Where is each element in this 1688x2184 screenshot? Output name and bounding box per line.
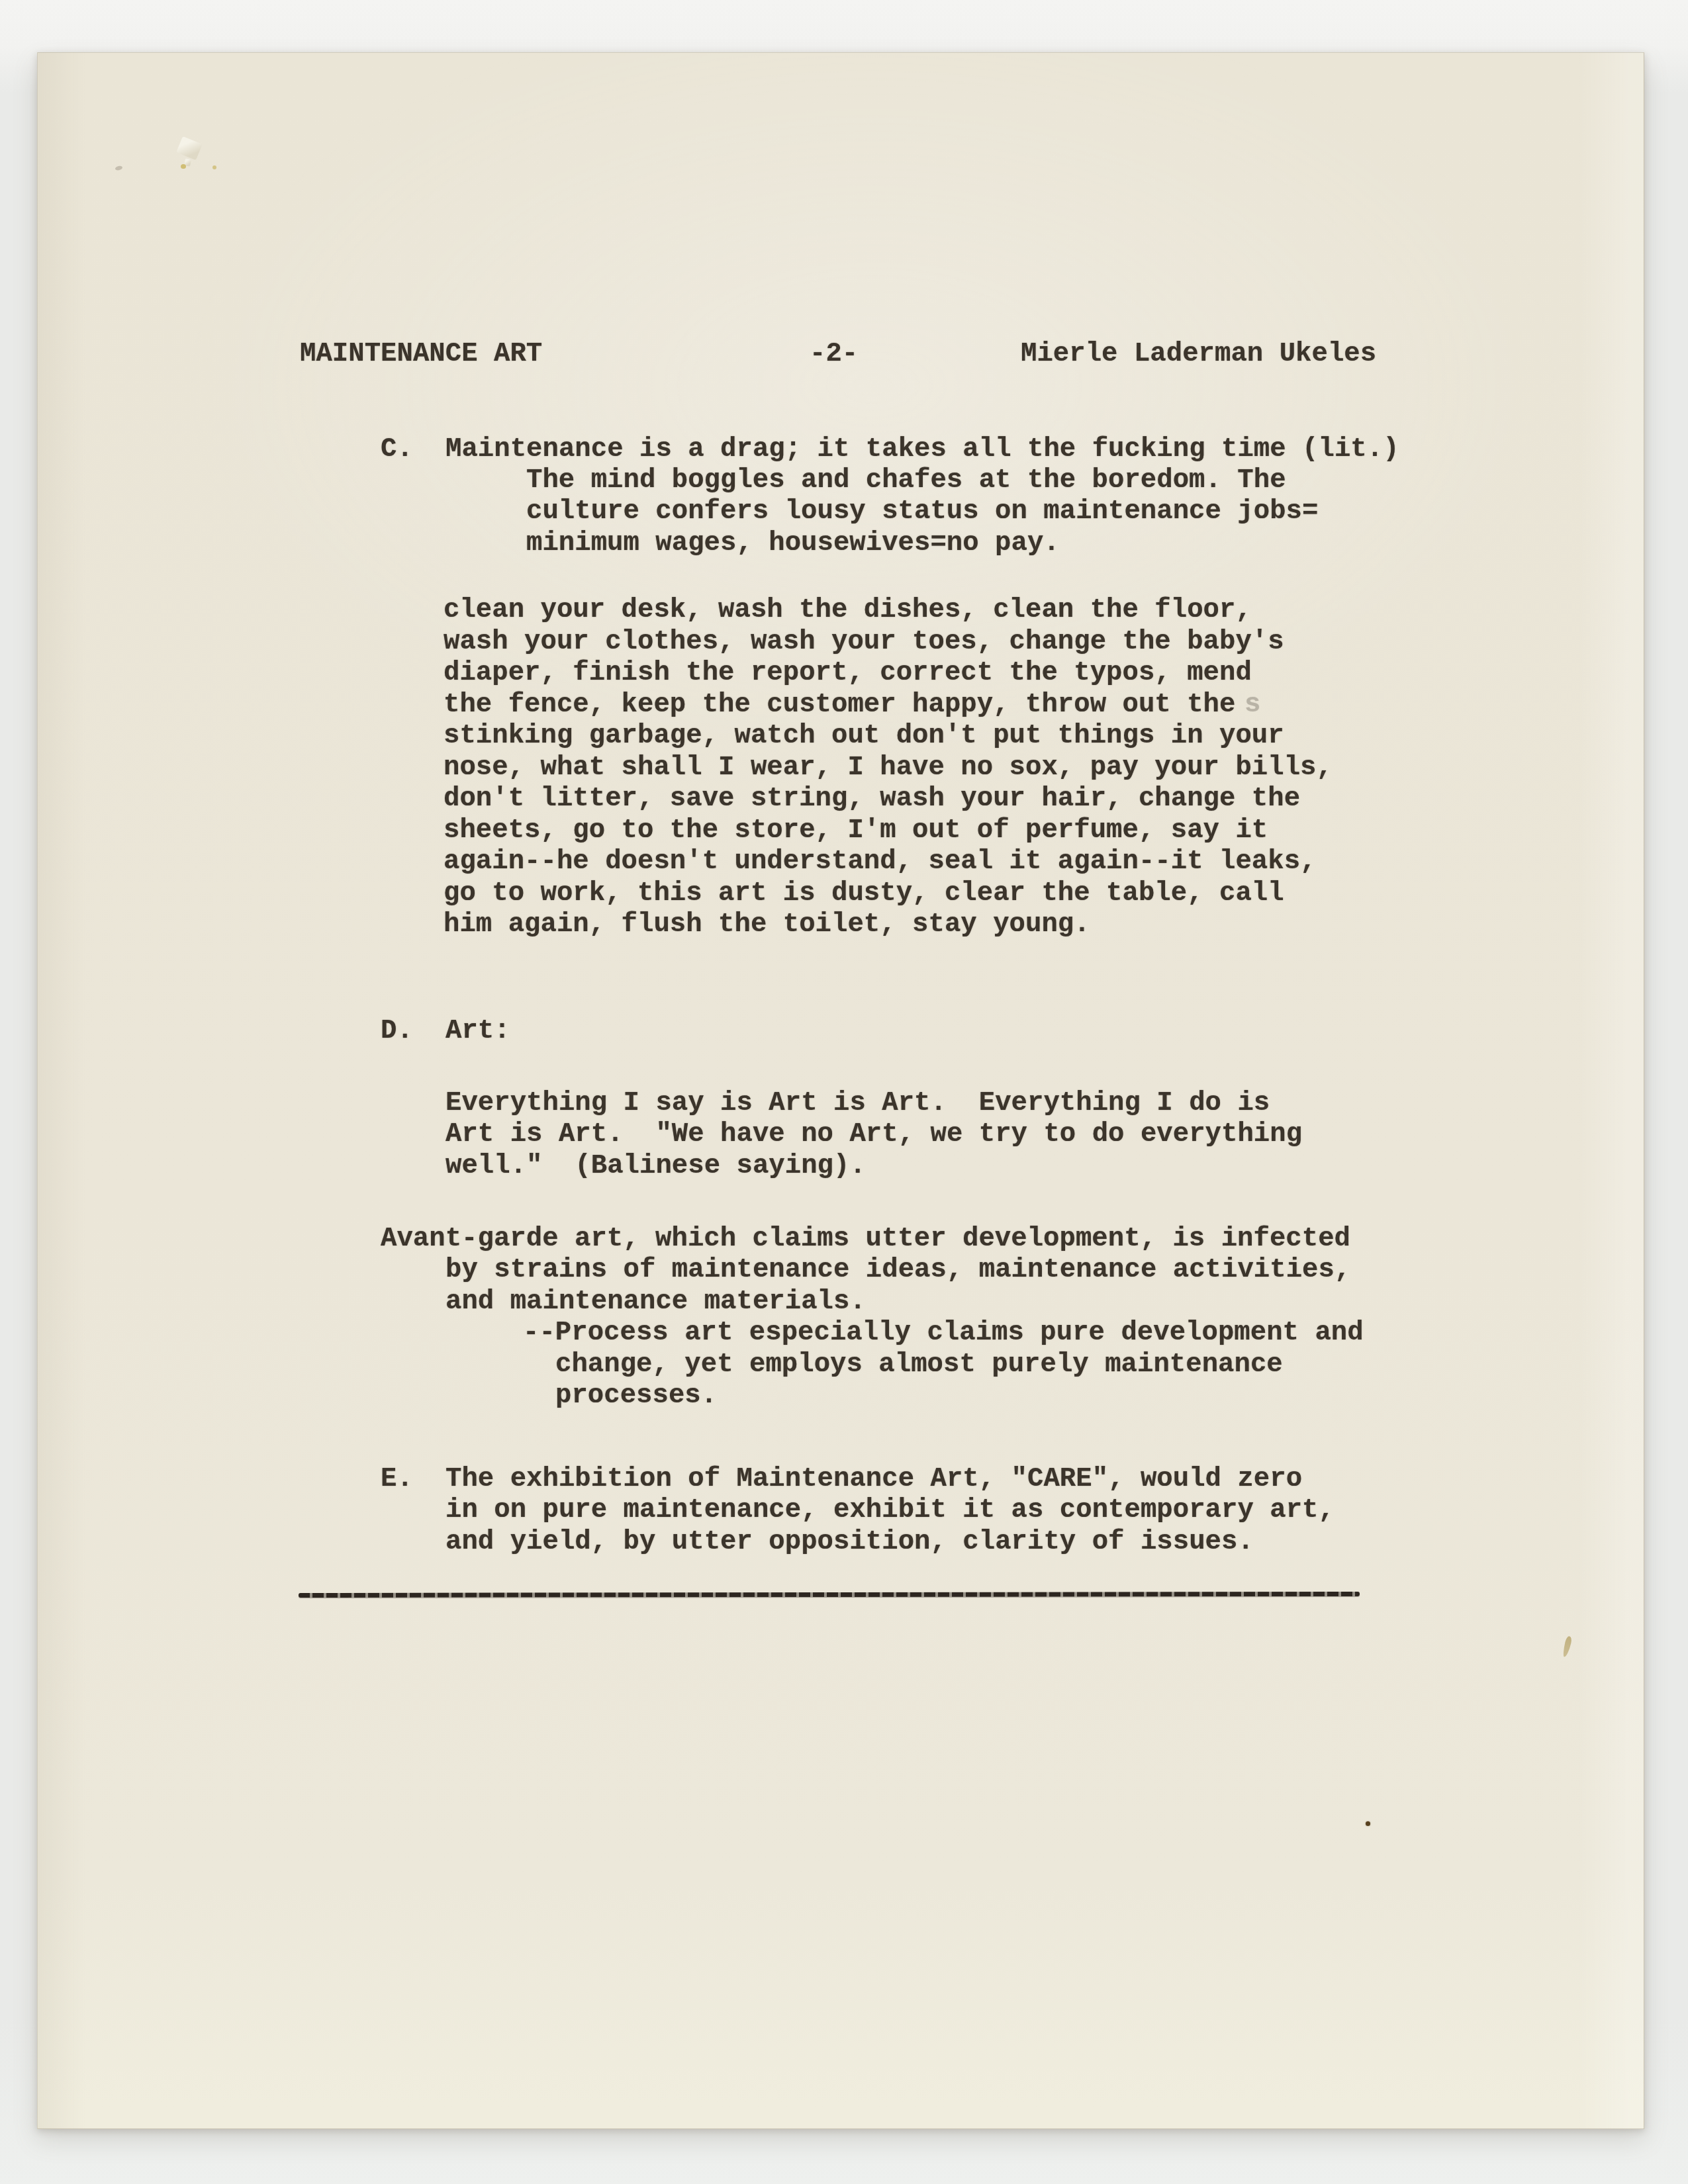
avant-garde-line: Avant-garde art, which claims utter deve…	[381, 1224, 1350, 1255]
task-list-line: the fence, keep the customer happy, thro…	[444, 690, 1235, 721]
section-e-line: and yield, by utter opposition, clarity …	[445, 1527, 1254, 1558]
task-list-line: clean your desk, wash the dishes, clean …	[444, 595, 1252, 626]
section-d-line: Art is Art. "We have no Art, we try to d…	[445, 1119, 1302, 1150]
section-e-label: E.	[381, 1464, 413, 1495]
avant-garde-line: --Process art especially claims pure dev…	[523, 1318, 1364, 1349]
section-d-line: Everything I say is Art is Art. Everythi…	[445, 1088, 1270, 1119]
header-author: Mierle Laderman Ukeles	[1021, 339, 1376, 370]
section-c-label: C.	[381, 434, 413, 465]
section-e-line: The exhibition of Maintenance Art, "CARE…	[445, 1464, 1302, 1495]
avant-garde-line: change, yet employs almost purely mainte…	[555, 1349, 1283, 1381]
header-page-number: -2-	[810, 339, 858, 370]
avant-garde-line: processes.	[555, 1381, 717, 1412]
paper-speck-yellow-2	[212, 165, 216, 169]
section-d-line: well." (Balinese saying).	[445, 1151, 866, 1182]
task-list-line: diaper, finish the report, correct the t…	[444, 658, 1252, 689]
ghost-typed-character: s	[1244, 690, 1260, 721]
paper-speck-gray	[115, 165, 122, 171]
section-d-label: D.	[381, 1016, 413, 1047]
paper-ink-fleck	[1562, 1635, 1573, 1657]
paper-speck-yellow-1	[181, 164, 186, 169]
task-list-line: stinking garbage, watch out don't put th…	[444, 721, 1284, 752]
section-c-line: culture confers lousy status on maintena…	[526, 496, 1318, 527]
scanned-document: MAINTENANCE ART -2- Mierle Laderman Ukel…	[0, 0, 1688, 2184]
paper-dark-dot	[1366, 1821, 1370, 1826]
task-list-line: again--he doesn't understand, seal it ag…	[444, 846, 1317, 878]
task-list-line: him again, flush the toilet, stay young.	[444, 909, 1090, 940]
header-title: MAINTENANCE ART	[300, 339, 542, 370]
task-list-line: wash your clothes, wash your toes, chang…	[444, 627, 1284, 658]
avant-garde-line: by strains of maintenance ideas, mainten…	[445, 1255, 1350, 1286]
section-c-line: The mind boggles and chafes at the bored…	[526, 465, 1286, 496]
section-c-line: Maintenance is a drag; it takes all the …	[445, 434, 1399, 465]
task-list-line: go to work, this art is dusty, clear the…	[444, 878, 1284, 909]
section-c-line: minimum wages, housewives=no pay.	[526, 528, 1060, 559]
task-list-line: don't litter, save string, wash your hai…	[444, 784, 1300, 815]
task-list-line: nose, what shall I wear, I have no sox, …	[444, 752, 1333, 784]
task-list-line: sheets, go to the store, I'm out of perf…	[444, 815, 1268, 846]
section-d-heading: Art:	[445, 1016, 510, 1047]
avant-garde-line: and maintenance materials.	[445, 1287, 866, 1318]
paper-crease-mark	[176, 136, 202, 160]
section-e-line: in on pure maintenance, exhibit it as co…	[445, 1495, 1335, 1526]
